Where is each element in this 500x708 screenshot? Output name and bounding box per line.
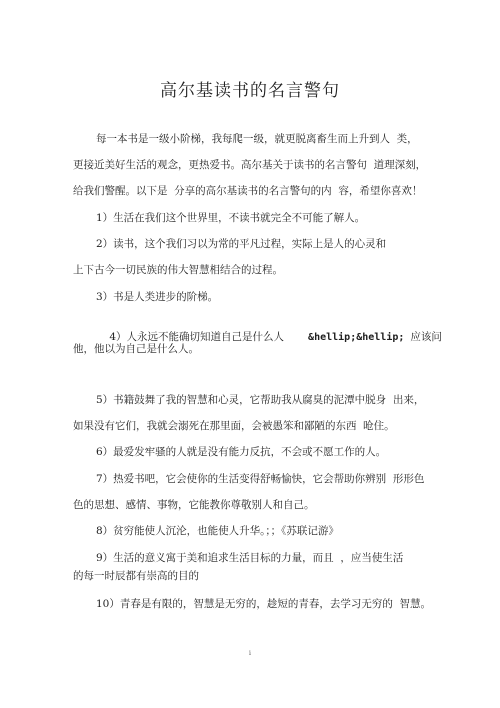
intro-line-2: 更接近美好生活的观念，更热爱书。高尔基关于读书的名言警句 道理深刻， bbox=[73, 158, 426, 172]
quote-8: 8）贫穷能使人沉沦，也能使人升华。；；《苏联记游》 bbox=[96, 524, 339, 538]
document-page: 高尔基读书的名言警句 每一本书是一级小阶梯，我每爬一级，就更脱离畜生而上升到人 … bbox=[0, 0, 500, 708]
quote-3: 3）书是人类进步的阶梯。 bbox=[96, 290, 218, 304]
quote-7-line-1: 7）热爱书吧，它会使你的生活变得舒畅愉快，它会帮助你辨别 形形色 bbox=[96, 472, 424, 486]
intro-line-3: 给我们警醒。以下是 分享的高尔基读书的名言警句的内 容，希望你喜欢！ bbox=[73, 184, 422, 198]
quote-10: 10）青春是有限的，智慧是无穷的，趁短的青春，去学习无穷的 智慧。 bbox=[96, 597, 431, 611]
quote-5-line-2: 如果没有它们，我就会溺死在那里面，会被愚笨和鄙陋的东西 呛住。 bbox=[73, 419, 395, 433]
page-number: i bbox=[0, 650, 500, 657]
quote-9-line-1: 9）生活的意义寓于美和追求生活目标的力量，而且 ，应当使生活 bbox=[96, 551, 403, 565]
quote-4-text-end: 应该问 bbox=[410, 331, 442, 343]
quote-2-line-2: 上下古今一切民族的伟大智慧相结合的过程。 bbox=[73, 263, 283, 277]
quote-6: 6）最爱发牢骚的人就是没有能力反抗，不会或不愿工作的人。 bbox=[96, 445, 386, 459]
html-entity-text: &hellip;&hellip; bbox=[308, 332, 404, 343]
quote-2-line-1: 2）读书，这个我们习以为常的平凡过程，实际上是人的心灵和 bbox=[96, 237, 386, 251]
quote-4-line-2: 他，他以为自己是什么人。 bbox=[73, 342, 199, 356]
quote-9-line-2: 的每一时辰都有崇高的目的 bbox=[73, 569, 199, 583]
quote-1: 1）生活在我们这个世界里，不读书就完全不可能了解人。 bbox=[96, 211, 365, 225]
quote-5-line-1: 5）书籍鼓舞了我的智慧和心灵，它帮助我从腐臭的泥潭中脱身 出来， bbox=[96, 393, 424, 407]
quote-7-line-2: 色的思想、感情、事物，它能教你尊敬别人和自己。 bbox=[73, 498, 315, 512]
document-title: 高尔基读书的名言警句 bbox=[0, 76, 500, 101]
intro-line-1: 每一本书是一级小阶梯，我每爬一级，就更脱离畜生而上升到人 类， bbox=[96, 132, 418, 146]
